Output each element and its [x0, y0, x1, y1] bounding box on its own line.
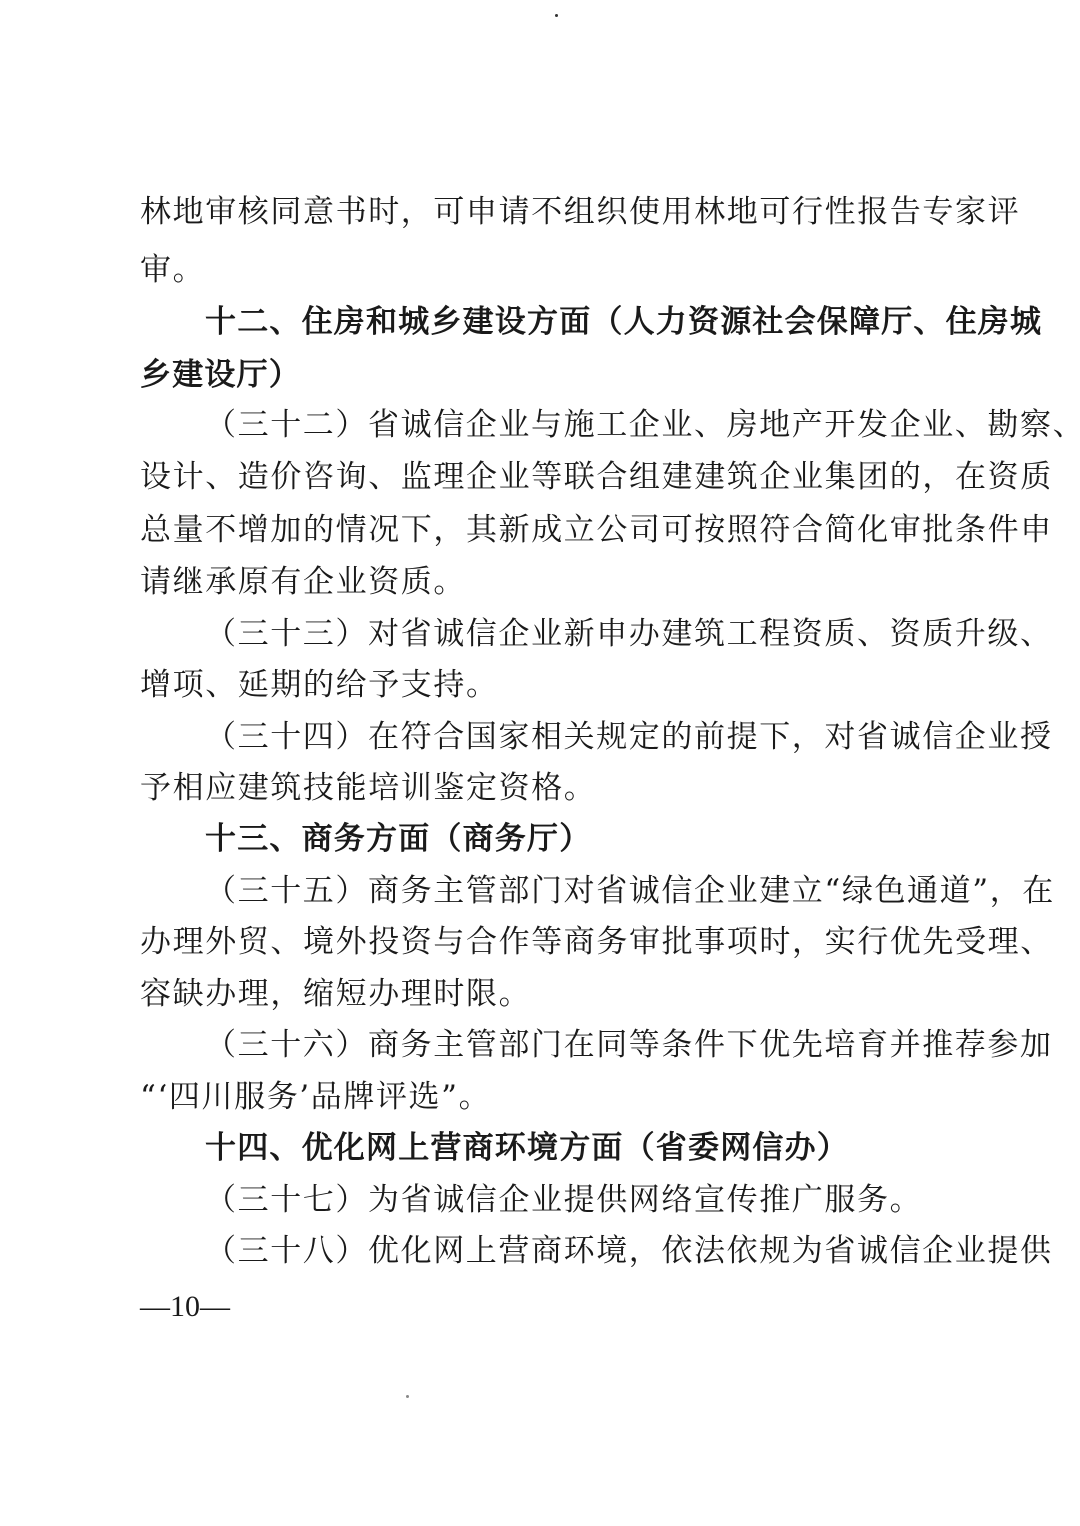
body-line: 办理外贸、境外投资与合作等商务审批事项时，实行优先受理、	[140, 922, 930, 962]
body-line: “‘四川服务’品牌评选”。	[140, 1077, 930, 1117]
body-line: 容缺办理，缩短办理时限。	[140, 974, 930, 1014]
section-heading: 十四、优化网上营商环境方面（省委网信办）	[205, 1128, 995, 1168]
clause-line: （三十八）优化网上营商环境，依法依规为省诚信企业提供	[205, 1231, 995, 1271]
body-line: 增项、延期的给予支持。	[140, 665, 930, 705]
scan-speck	[406, 1395, 409, 1398]
clause-line: （三十四）在符合国家相关规定的前提下，对省诚信企业授	[205, 717, 995, 757]
body-line: 设计、造价咨询、监理企业等联合组建建筑企业集团的，在资质	[140, 457, 930, 497]
section-heading: 十二、住房和城乡建设方面（人力资源社会保障厅、住房城	[205, 302, 995, 342]
body-line: 总量不增加的情况下，其新成立公司可按照符合简化审批条件申	[140, 510, 930, 550]
section-heading: 十三、商务方面（商务厅）	[205, 819, 995, 859]
body-line: 予相应建筑技能培训鉴定资格。	[140, 768, 930, 808]
clause-line: （三十五）商务主管部门对省诚信企业建立“绿色通道”，在	[205, 871, 995, 911]
body-line: 请继承原有企业资质。	[140, 562, 930, 602]
clause-line: （三十三）对省诚信企业新申办建筑工程资质、资质升级、	[205, 614, 995, 654]
clause-line: （三十二）省诚信企业与施工企业、房地产开发企业、勘察、	[205, 405, 995, 445]
section-heading: 乡建设厅）	[140, 355, 930, 395]
body-line: 审。	[140, 250, 930, 290]
scan-speck	[555, 14, 558, 17]
document-page: 林地审核同意书时，可申请不组织使用林地可行性报告专家评 审。 十二、住房和城乡建…	[0, 0, 1080, 1526]
page-number: —10—	[140, 1287, 230, 1327]
body-line: 林地审核同意书时，可申请不组织使用林地可行性报告专家评	[140, 192, 930, 232]
clause-line: （三十七）为省诚信企业提供网络宣传推广服务。	[205, 1180, 995, 1220]
clause-line: （三十六）商务主管部门在同等条件下优先培育并推荐参加	[205, 1025, 995, 1065]
